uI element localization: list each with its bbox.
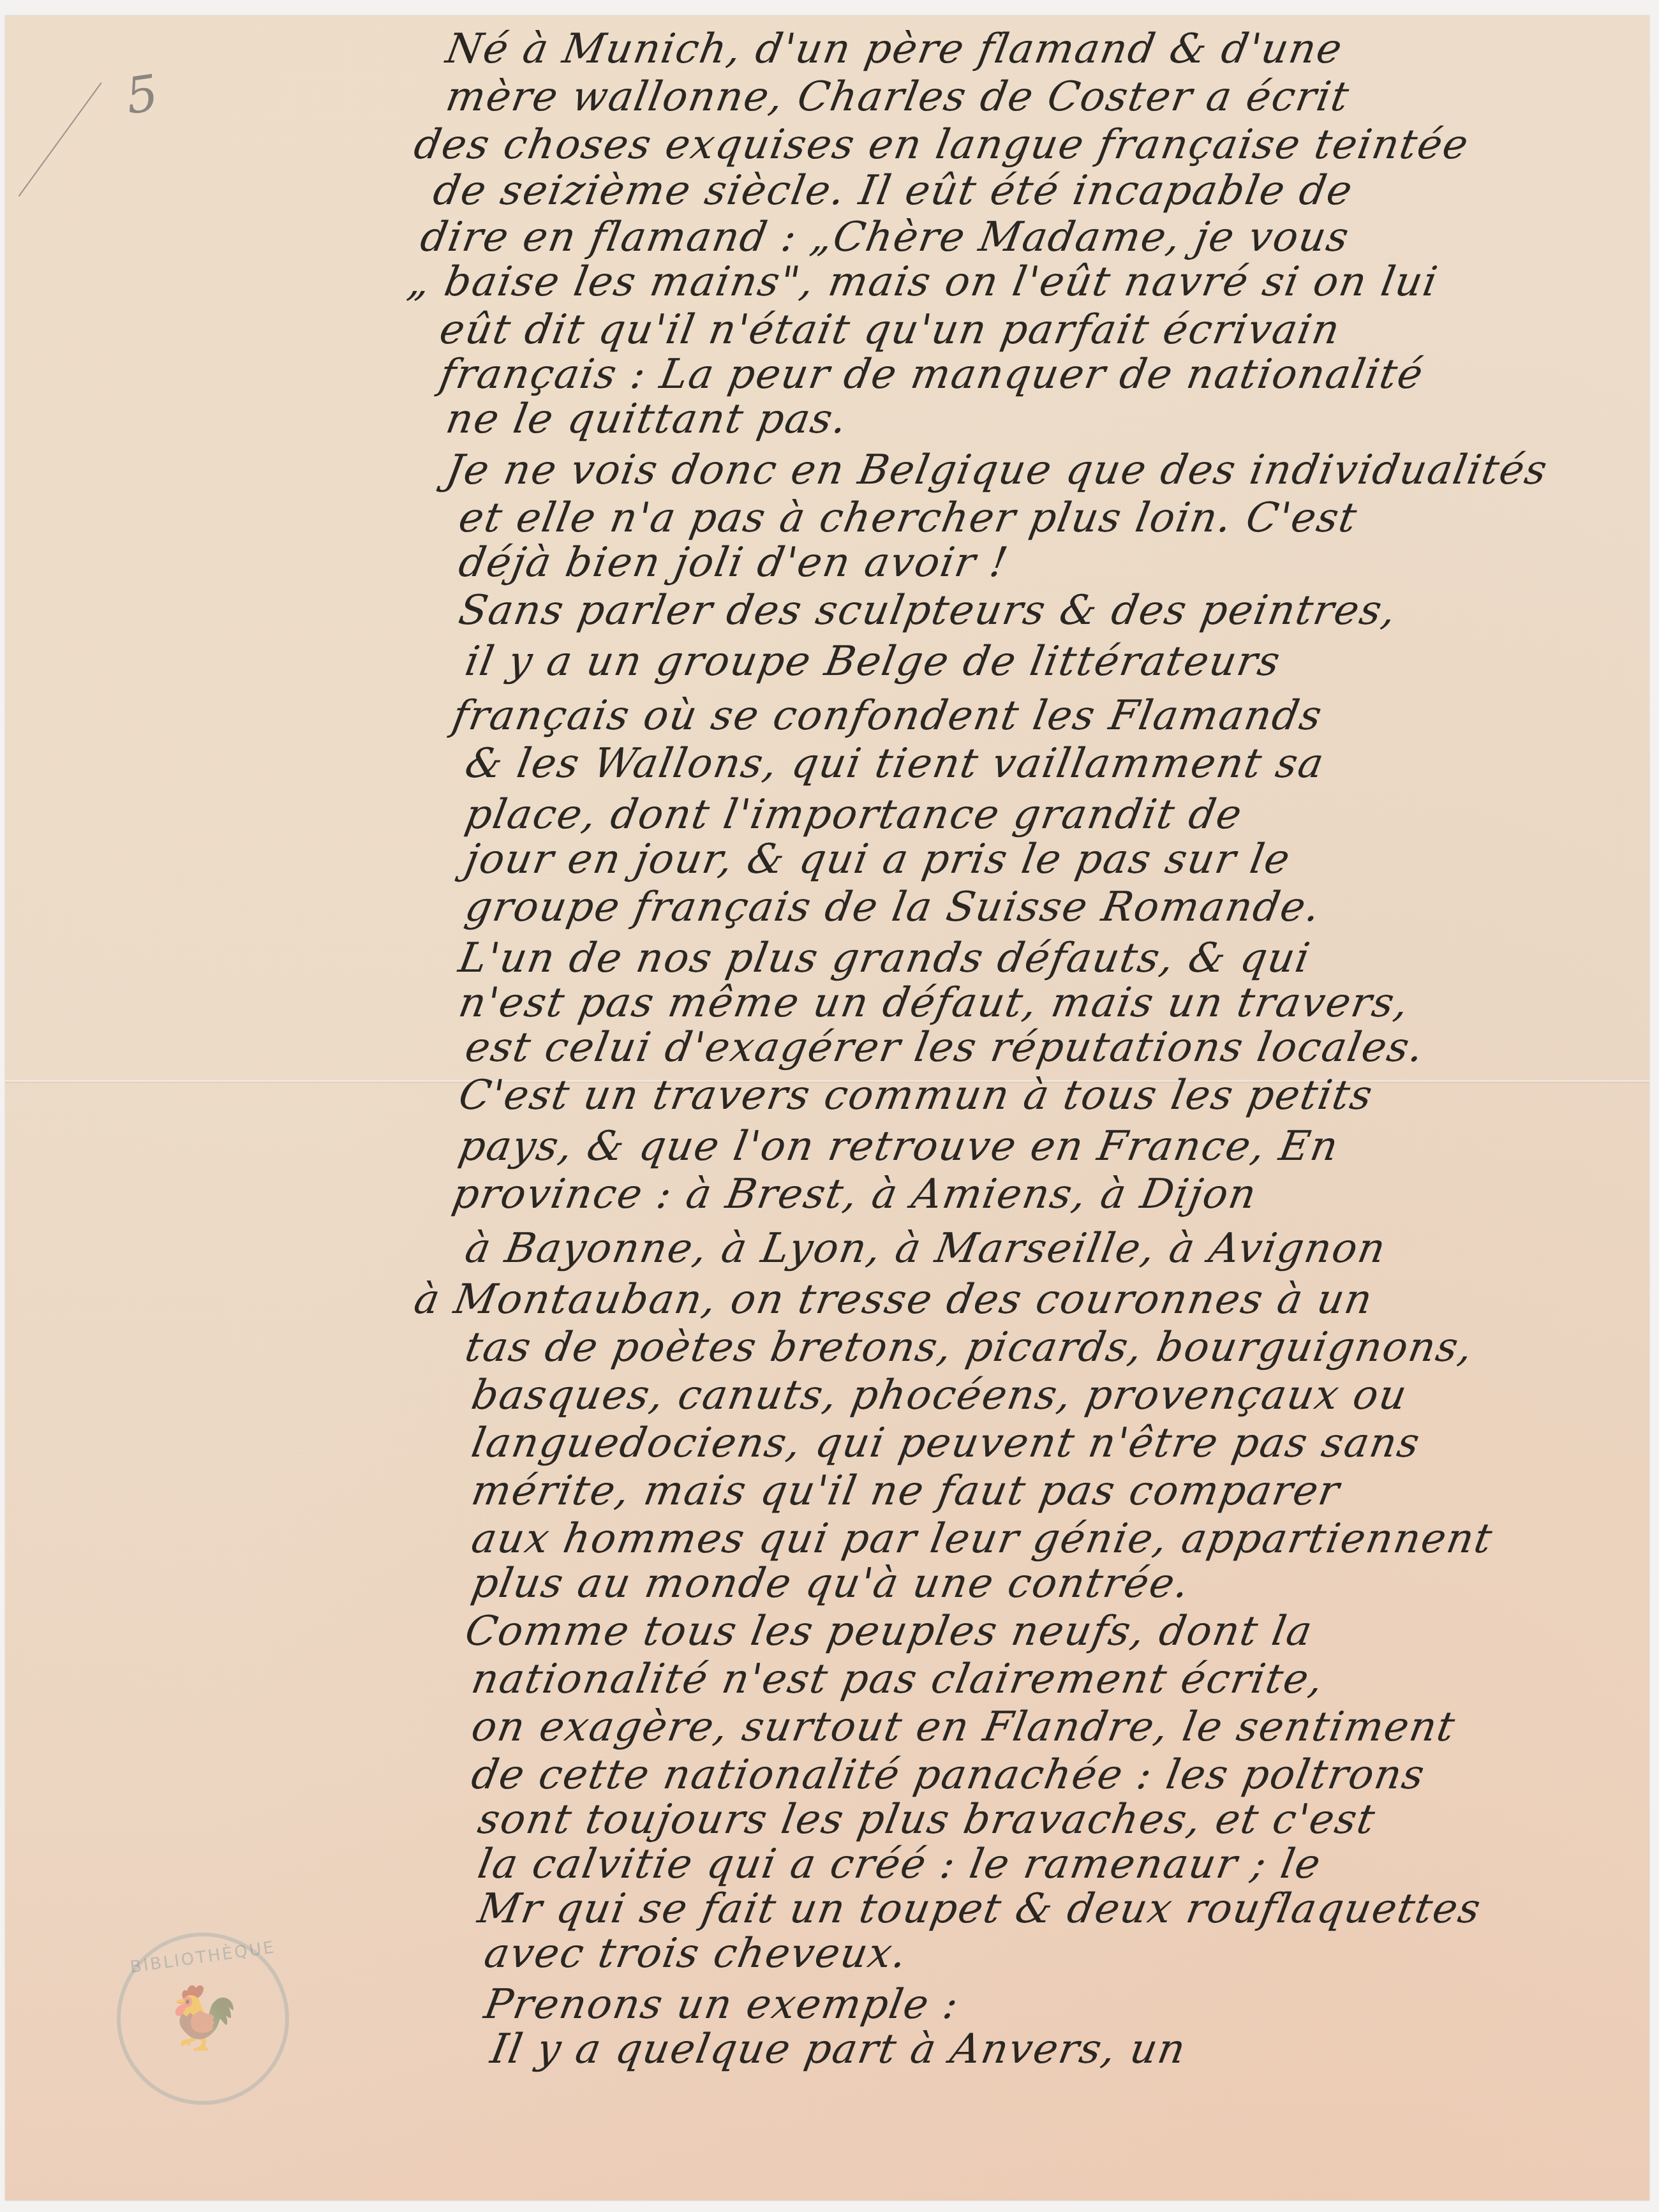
manuscript-line: à Bayonne, à Lyon, à Marseille, à Avigno… [461,1225,1390,1272]
manuscript-line: il y a un groupe Belge de littérateurs [461,638,1284,685]
manuscript-line: la calvitie qui a créé : le ramenaur ; l… [474,1841,1325,1888]
manuscript-line: tas de poètes bretons, picards, bourguig… [461,1324,1477,1371]
manuscript-line: nationalité n'est pas clairement écrite, [468,1656,1327,1703]
manuscript-line: „ baise les mains", mais on l'eût navré … [404,258,1441,306]
manuscript-sheet: 5 BIBLIOTHÈQUE 🐓 Né à Munich, d'un père … [5,15,1649,2201]
manuscript-line: dire en flamand : „Chère Madame, je vous [417,214,1353,261]
manuscript-line: de cette nationalité panachée : les polt… [468,1751,1429,1799]
manuscript-line: Prenons un exemple : [480,1981,962,2028]
manuscript-line: plus au monde qu'à une contrée. [468,1560,1193,1607]
manuscript-line: sont toujours les plus bravaches, et c'e… [474,1796,1379,1843]
manuscript-line: français : La peur de manquer de nationa… [436,351,1427,398]
manuscript-line: & les Wallons, qui tient vaillamment sa [461,740,1328,787]
manuscript-line: Je ne vois donc en Belgique que des indi… [442,447,1551,494]
manuscript-line: et elle n'a pas à chercher plus loin. C'… [455,494,1361,542]
manuscript-line: languedociens, qui peuvent n'être pas sa… [468,1420,1424,1467]
manuscript-line: ne le quittant pas. [442,396,851,443]
manuscript-line: de seizième siècle. Il eût été incapable… [429,167,1357,214]
manuscript-line: groupe français de la Suisse Romande. [461,884,1324,931]
manuscript-line: Mr qui se fait un toupet & deux rouflaqu… [474,1885,1485,1933]
manuscript-line: eût dit qu'il n'était qu'un parfait écri… [436,306,1344,353]
manuscript-line: mère wallonne, Charles de Coster a écrit [442,73,1353,121]
manuscript-line: Il y a quelque part à Anvers, un [487,2026,1189,2073]
manuscript-line: aux hommes qui par leur génie, appartien… [468,1515,1496,1563]
manuscript-line: basques, canuts, phocéens, provençaux ou [468,1372,1411,1419]
manuscript-line: Sans parler des sculpteurs & des peintre… [455,587,1401,634]
manuscript-line: L'un de nos plus grands défauts, & qui [455,935,1314,982]
manuscript-line: Né à Munich, d'un père flamand & d'une [442,26,1346,73]
manuscript-line: C'est un travers commun à tous les petit… [455,1072,1376,1119]
manuscript-line: n'est pas même un défaut, mais un traver… [455,979,1413,1027]
manuscript-line: français où se confondent les Flamands [449,692,1326,739]
handwritten-text-body: Né à Munich, d'un père flamand & d'unemè… [5,15,1649,2201]
manuscript-line: jour en jour, & qui a pris le pas sur le [461,836,1294,883]
manuscript-line: est celui d'exagérer les réputations loc… [461,1024,1428,1071]
manuscript-line: Comme tous les peuples neufs, dont la [461,1608,1316,1655]
manuscript-line: province : à Brest, à Amiens, à Dijon [449,1171,1261,1218]
manuscript-line: déjà bien joli d'en avoir ! [455,539,1012,586]
manuscript-line: à Montauban, on tresse des couronnes à u… [410,1276,1376,1323]
manuscript-line: avec trois cheveux. [480,1930,911,1977]
manuscript-line: des choses exquises en langue française … [410,121,1473,168]
manuscript-line: pays, & que l'on retrouve en France, En [455,1123,1343,1170]
manuscript-line: on exagère, surtout en Flandre, le senti… [468,1704,1459,1751]
manuscript-line: place, dont l'importance grandit de [461,791,1246,838]
manuscript-line: mérite, mais qu'il ne faut pas comparer [468,1467,1344,1515]
